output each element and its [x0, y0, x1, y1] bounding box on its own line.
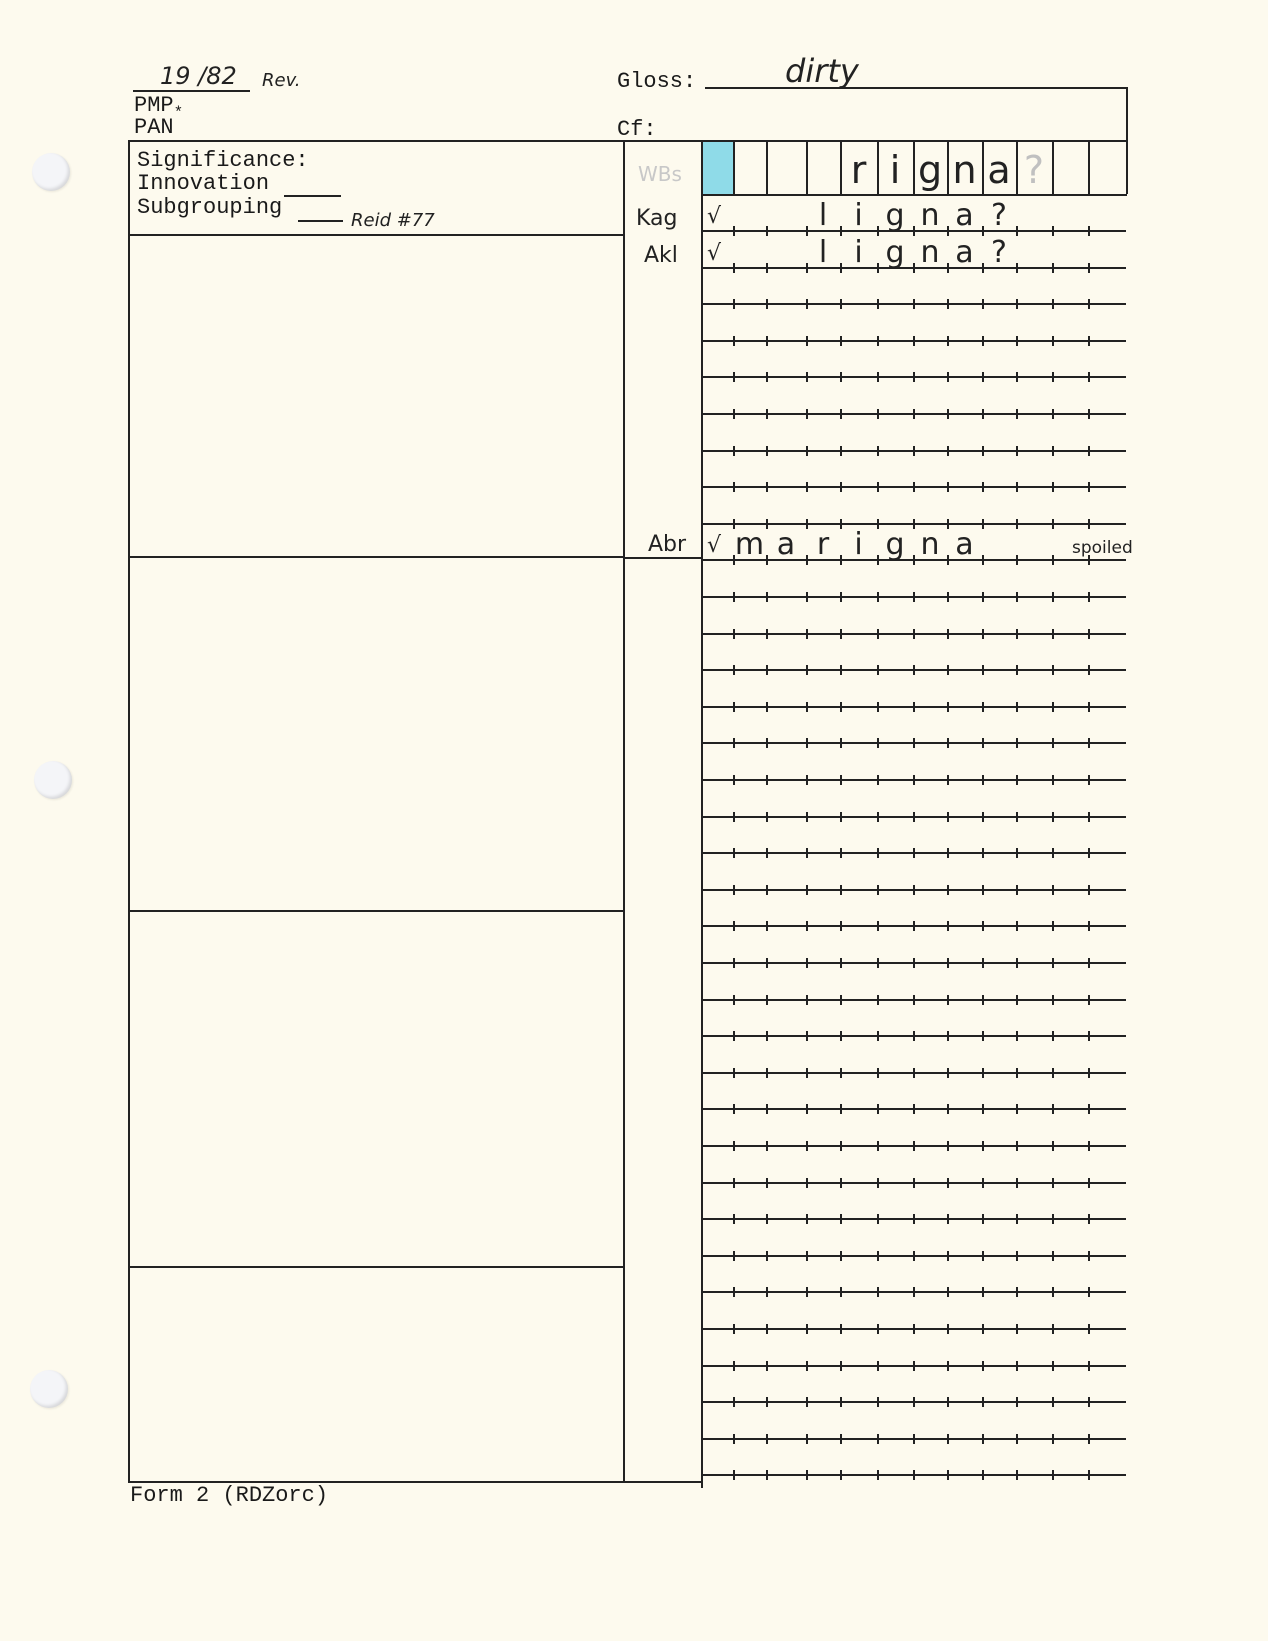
- line-tick: [1016, 263, 1018, 273]
- line-tick: [877, 848, 879, 858]
- line-tick: [1016, 519, 1018, 529]
- line-tick: [982, 1031, 984, 1041]
- line-tick: [947, 336, 949, 346]
- line-tick: [877, 299, 879, 309]
- line-tick: [1052, 1214, 1054, 1224]
- line-tick: [1016, 738, 1018, 748]
- line-tick: [840, 812, 842, 822]
- line-tick: [1016, 372, 1018, 382]
- reconstruction-cell-border: [806, 140, 808, 194]
- line-tick: [947, 1214, 949, 1224]
- line-tick: [766, 263, 768, 273]
- line-tick: [1088, 446, 1090, 456]
- line-tick: [982, 1434, 984, 1444]
- line-tick: [1088, 1287, 1090, 1297]
- line-tick: [877, 1361, 879, 1371]
- line-tick: [1052, 372, 1054, 382]
- line-tick: [877, 372, 879, 382]
- line-tick: [733, 1251, 735, 1261]
- line-tick: [947, 702, 949, 712]
- line-tick: [982, 738, 984, 748]
- line-tick: [1016, 336, 1018, 346]
- line-tick: [1052, 775, 1054, 785]
- line-tick: [1052, 519, 1054, 529]
- line-tick: [1016, 226, 1018, 236]
- entry-form-letter[interactable]: i: [840, 237, 877, 269]
- line-tick: [913, 372, 915, 382]
- line-tick: [806, 1397, 808, 1407]
- entry-form-letter[interactable]: r: [806, 529, 840, 561]
- line-tick: [877, 629, 879, 639]
- line-tick: [1052, 848, 1054, 858]
- line-tick: [806, 812, 808, 822]
- line-tick: [982, 1397, 984, 1407]
- line-tick: [733, 446, 735, 456]
- line-tick: [877, 336, 879, 346]
- line-tick: [982, 482, 984, 492]
- line-tick: [1052, 555, 1054, 565]
- line-tick: [766, 1104, 768, 1114]
- line-tick: [947, 1361, 949, 1371]
- line-tick: [806, 1434, 808, 1444]
- line-tick: [806, 665, 808, 675]
- line-tick: [1016, 299, 1018, 309]
- line-tick: [913, 409, 915, 419]
- entry-form-letter[interactable]: g: [877, 200, 913, 232]
- line-tick: [982, 958, 984, 968]
- line-tick: [733, 1361, 735, 1371]
- line-tick: [806, 1068, 808, 1078]
- line-tick: [766, 482, 768, 492]
- line-tick: [766, 848, 768, 858]
- line-tick: [766, 1031, 768, 1041]
- line-tick: [982, 848, 984, 858]
- line-tick: [1016, 1068, 1018, 1078]
- line-tick: [982, 1141, 984, 1151]
- line-tick: [840, 592, 842, 602]
- line-tick: [733, 629, 735, 639]
- line-tick: [877, 1214, 879, 1224]
- line-tick: [947, 848, 949, 858]
- line-tick: [1088, 702, 1090, 712]
- line-tick: [806, 738, 808, 748]
- entry-form-letter[interactable]: l: [806, 200, 840, 232]
- line-tick: [840, 958, 842, 968]
- pan-label: PAN: [134, 116, 174, 140]
- line-tick: [982, 702, 984, 712]
- innovation-blank[interactable]: [284, 195, 341, 197]
- line-tick: [840, 482, 842, 492]
- line-tick: [806, 629, 808, 639]
- line-tick: [806, 921, 808, 931]
- line-tick: [913, 446, 915, 456]
- frame-top-line: [128, 140, 1128, 142]
- line-tick: [840, 1031, 842, 1041]
- entry-form-letter[interactable]: n: [913, 237, 947, 269]
- line-tick: [733, 738, 735, 748]
- line-tick: [947, 519, 949, 529]
- line-tick: [806, 372, 808, 382]
- date-underline: [133, 90, 250, 92]
- line-tick: [947, 1178, 949, 1188]
- line-tick: [982, 812, 984, 822]
- line-tick: [913, 1287, 915, 1297]
- line-tick: [947, 995, 949, 1005]
- line-tick: [1052, 738, 1054, 748]
- reid-note: Reid #77: [351, 210, 435, 231]
- gloss-value[interactable]: dirty: [785, 52, 859, 90]
- line-tick: [1088, 226, 1090, 236]
- line-tick: [1052, 1068, 1054, 1078]
- line-tick: [733, 409, 735, 419]
- line-tick: [877, 409, 879, 419]
- line-tick: [733, 1141, 735, 1151]
- reconstruction-cell[interactable]: i: [877, 148, 913, 192]
- subgrouping-blank[interactable]: [298, 220, 343, 222]
- line-tick: [982, 1251, 984, 1261]
- line-tick: [1052, 1104, 1054, 1114]
- entry-form-letter[interactable]: a: [947, 237, 982, 269]
- line-tick: [877, 1251, 879, 1261]
- line-tick: [947, 1397, 949, 1407]
- line-tick: [1088, 1251, 1090, 1261]
- line-tick: [913, 885, 915, 895]
- line-tick: [947, 775, 949, 785]
- line-tick: [947, 885, 949, 895]
- line-tick: [1016, 1178, 1018, 1188]
- line-tick: [806, 519, 808, 529]
- line-tick: [913, 848, 915, 858]
- line-tick: [913, 1324, 915, 1334]
- line-tick: [877, 1031, 879, 1041]
- reconstruction-cell[interactable]: r: [840, 148, 877, 192]
- line-tick: [947, 446, 949, 456]
- line-tick: [877, 1434, 879, 1444]
- line-tick: [877, 775, 879, 785]
- line-tick: [733, 995, 735, 1005]
- line-tick: [1088, 1397, 1090, 1407]
- entry-form-letter[interactable]: i: [840, 529, 877, 561]
- line-tick: [733, 226, 735, 236]
- line-tick: [982, 921, 984, 931]
- line-tick: [840, 775, 842, 785]
- line-tick: [1052, 702, 1054, 712]
- entry-form-letter[interactable]: g: [877, 529, 913, 561]
- line-tick: [766, 885, 768, 895]
- line-tick: [766, 409, 768, 419]
- line-tick: [733, 1068, 735, 1078]
- line-tick: [1052, 885, 1054, 895]
- line-tick: [766, 629, 768, 639]
- section-divider-3: [128, 1266, 623, 1268]
- line-tick: [1052, 1287, 1054, 1297]
- line-tick: [913, 1397, 915, 1407]
- line-tick: [1016, 885, 1018, 895]
- entry-form-letter[interactable]: n: [913, 200, 947, 232]
- line-tick: [766, 1324, 768, 1334]
- entry-form-letter[interactable]: a: [766, 529, 806, 561]
- line-tick: [1016, 812, 1018, 822]
- line-tick: [1052, 299, 1054, 309]
- entry-form-letter[interactable]: g: [877, 237, 913, 269]
- line-tick: [1016, 482, 1018, 492]
- line-tick: [1016, 1251, 1018, 1261]
- line-tick: [733, 958, 735, 968]
- line-tick: [1088, 738, 1090, 748]
- line-tick: [877, 446, 879, 456]
- reconstruction-cell[interactable]: g: [913, 148, 947, 192]
- line-tick: [982, 1068, 984, 1078]
- line-tick: [766, 738, 768, 748]
- line-tick: [806, 409, 808, 419]
- line-tick: [1052, 592, 1054, 602]
- entry-check-mark: √: [703, 533, 725, 558]
- line-tick: [1088, 629, 1090, 639]
- line-tick: [733, 812, 735, 822]
- line-tick: [913, 1031, 915, 1041]
- line-tick: [877, 592, 879, 602]
- line-tick: [840, 1397, 842, 1407]
- line-tick: [982, 372, 984, 382]
- entry-form-letter[interactable]: n: [913, 529, 947, 561]
- line-tick: [1088, 299, 1090, 309]
- line-tick: [947, 1324, 949, 1334]
- line-tick: [1016, 958, 1018, 968]
- line-tick: [947, 1287, 949, 1297]
- line-tick: [733, 1178, 735, 1188]
- entry-form-letter[interactable]: a: [947, 529, 982, 561]
- line-tick: [1088, 519, 1090, 529]
- wbs-label: WBs: [638, 162, 682, 186]
- line-tick: [806, 1141, 808, 1151]
- line-tick: [766, 592, 768, 602]
- line-tick: [733, 702, 735, 712]
- line-tick: [1016, 1287, 1018, 1297]
- line-tick: [982, 1178, 984, 1188]
- line-tick: [733, 336, 735, 346]
- line-tick: [766, 775, 768, 785]
- line-tick: [877, 812, 879, 822]
- line-tick: [766, 1068, 768, 1078]
- line-tick: [806, 995, 808, 1005]
- cf-label: Cf:: [617, 118, 657, 142]
- line-tick: [806, 848, 808, 858]
- line-tick: [1016, 1104, 1018, 1114]
- line-tick: [877, 482, 879, 492]
- line-tick: [877, 921, 879, 931]
- line-tick: [1016, 1031, 1018, 1041]
- line-tick: [1052, 446, 1054, 456]
- entry-check-mark: √: [703, 241, 725, 266]
- line-tick: [947, 1031, 949, 1041]
- line-tick: [1016, 629, 1018, 639]
- line-tick: [1088, 482, 1090, 492]
- line-tick: [1016, 1470, 1018, 1480]
- line-tick: [1016, 665, 1018, 675]
- reconstruction-cell-border: [733, 140, 735, 194]
- line-tick: [982, 885, 984, 895]
- line-tick: [1088, 263, 1090, 273]
- line-tick: [766, 1361, 768, 1371]
- line-tick: [913, 1361, 915, 1371]
- line-tick: [913, 629, 915, 639]
- line-tick: [1088, 1434, 1090, 1444]
- line-tick: [1088, 1141, 1090, 1151]
- line-tick: [982, 665, 984, 675]
- punch-hole-middle: [34, 761, 72, 799]
- line-tick: [1088, 1104, 1090, 1114]
- line-tick: [947, 1068, 949, 1078]
- line-tick: [806, 446, 808, 456]
- line-tick: [1052, 958, 1054, 968]
- line-tick: [840, 1068, 842, 1078]
- line-tick: [806, 702, 808, 712]
- line-tick: [1088, 1470, 1090, 1480]
- line-tick: [877, 702, 879, 712]
- line-tick: [913, 1068, 915, 1078]
- line-tick: [1016, 702, 1018, 712]
- line-tick: [1052, 1434, 1054, 1444]
- line-tick: [1052, 1361, 1054, 1371]
- line-tick: [1088, 372, 1090, 382]
- line-tick: [766, 1251, 768, 1261]
- line-tick: [1088, 1068, 1090, 1078]
- line-tick: [806, 1470, 808, 1480]
- line-tick: [982, 1104, 984, 1114]
- line-tick: [1052, 482, 1054, 492]
- line-tick: [1088, 665, 1090, 675]
- line-tick: [733, 299, 735, 309]
- line-tick: [733, 1214, 735, 1224]
- line-tick: [733, 1434, 735, 1444]
- line-tick: [982, 629, 984, 639]
- reconstruction-cell-border: [1088, 140, 1090, 194]
- line-tick: [840, 885, 842, 895]
- line-tick: [1052, 409, 1054, 419]
- line-tick: [733, 1287, 735, 1297]
- line-tick: [766, 1434, 768, 1444]
- line-tick: [806, 885, 808, 895]
- line-tick: [877, 1068, 879, 1078]
- line-tick: [840, 336, 842, 346]
- entry-form-letter[interactable]: i: [840, 200, 877, 232]
- column-divider-right: [701, 140, 703, 1488]
- reconstruction-cell-border: [1052, 140, 1054, 194]
- line-tick: [1016, 775, 1018, 785]
- significance-title: Significance:: [137, 149, 309, 173]
- line-tick: [913, 1251, 915, 1261]
- line-tick: [840, 1251, 842, 1261]
- entry-form-letter[interactable]: a: [947, 200, 982, 232]
- line-tick: [733, 372, 735, 382]
- language-label-abr: Abr: [648, 532, 686, 557]
- line-tick: [766, 1178, 768, 1188]
- line-tick: [733, 665, 735, 675]
- line-tick: [913, 665, 915, 675]
- line-tick: [947, 921, 949, 931]
- line-tick: [840, 372, 842, 382]
- line-tick: [913, 1178, 915, 1188]
- line-tick: [947, 1141, 949, 1151]
- line-tick: [947, 372, 949, 382]
- line-tick: [840, 409, 842, 419]
- entry-form-letter[interactable]: l: [806, 237, 840, 269]
- line-tick: [766, 299, 768, 309]
- reconstruction-cell[interactable]: a: [982, 148, 1016, 192]
- line-tick: [913, 1104, 915, 1114]
- highlight-cell: [702, 142, 733, 194]
- line-tick: [1016, 555, 1018, 565]
- abr-label-underline: [623, 557, 701, 559]
- line-tick: [840, 665, 842, 675]
- line-tick: [840, 848, 842, 858]
- line-tick: [1052, 1031, 1054, 1041]
- line-tick: [806, 1251, 808, 1261]
- line-tick: [733, 482, 735, 492]
- line-tick: [877, 1324, 879, 1334]
- line-tick: [877, 519, 879, 529]
- line-tick: [1016, 1141, 1018, 1151]
- line-tick: [877, 1104, 879, 1114]
- line-tick: [913, 812, 915, 822]
- line-tick: [733, 1031, 735, 1041]
- line-tick: [947, 482, 949, 492]
- entry-form-letter[interactable]: m: [733, 529, 766, 561]
- line-tick: [840, 1470, 842, 1480]
- line-tick: [1052, 1324, 1054, 1334]
- pmp-asterisk: *: [174, 104, 184, 122]
- line-tick: [982, 299, 984, 309]
- line-tick: [806, 1361, 808, 1371]
- line-tick: [733, 921, 735, 931]
- line-tick: [806, 482, 808, 492]
- line-tick: [913, 1434, 915, 1444]
- line-tick: [766, 958, 768, 968]
- date-field: 19 /82: [160, 62, 237, 90]
- reconstruction-cell[interactable]: ?: [1016, 148, 1052, 192]
- entry-check-mark: √: [703, 204, 725, 229]
- line-tick: [982, 409, 984, 419]
- line-tick: [1052, 812, 1054, 822]
- line-tick: [982, 555, 984, 565]
- line-tick: [840, 921, 842, 931]
- entry-form-letter[interactable]: ?: [982, 237, 1016, 269]
- line-tick: [982, 446, 984, 456]
- line-tick: [1088, 958, 1090, 968]
- line-tick: [766, 1214, 768, 1224]
- entry-form-letter[interactable]: ?: [982, 200, 1016, 232]
- reconstruction-cell[interactable]: n: [947, 148, 982, 192]
- line-tick: [1016, 1434, 1018, 1444]
- line-tick: [766, 226, 768, 236]
- line-tick: [766, 1141, 768, 1151]
- line-tick: [982, 1214, 984, 1224]
- line-tick: [840, 1361, 842, 1371]
- line-tick: [1016, 1324, 1018, 1334]
- line-tick: [766, 702, 768, 712]
- line-tick: [840, 1104, 842, 1114]
- section-divider-2: [128, 910, 623, 912]
- line-tick: [806, 299, 808, 309]
- reconstruction-row-bottom: [701, 194, 1127, 196]
- line-tick: [1088, 885, 1090, 895]
- line-tick: [806, 1104, 808, 1114]
- line-tick: [840, 1434, 842, 1444]
- line-tick: [840, 995, 842, 1005]
- line-tick: [766, 921, 768, 931]
- line-tick: [982, 592, 984, 602]
- line-tick: [806, 775, 808, 785]
